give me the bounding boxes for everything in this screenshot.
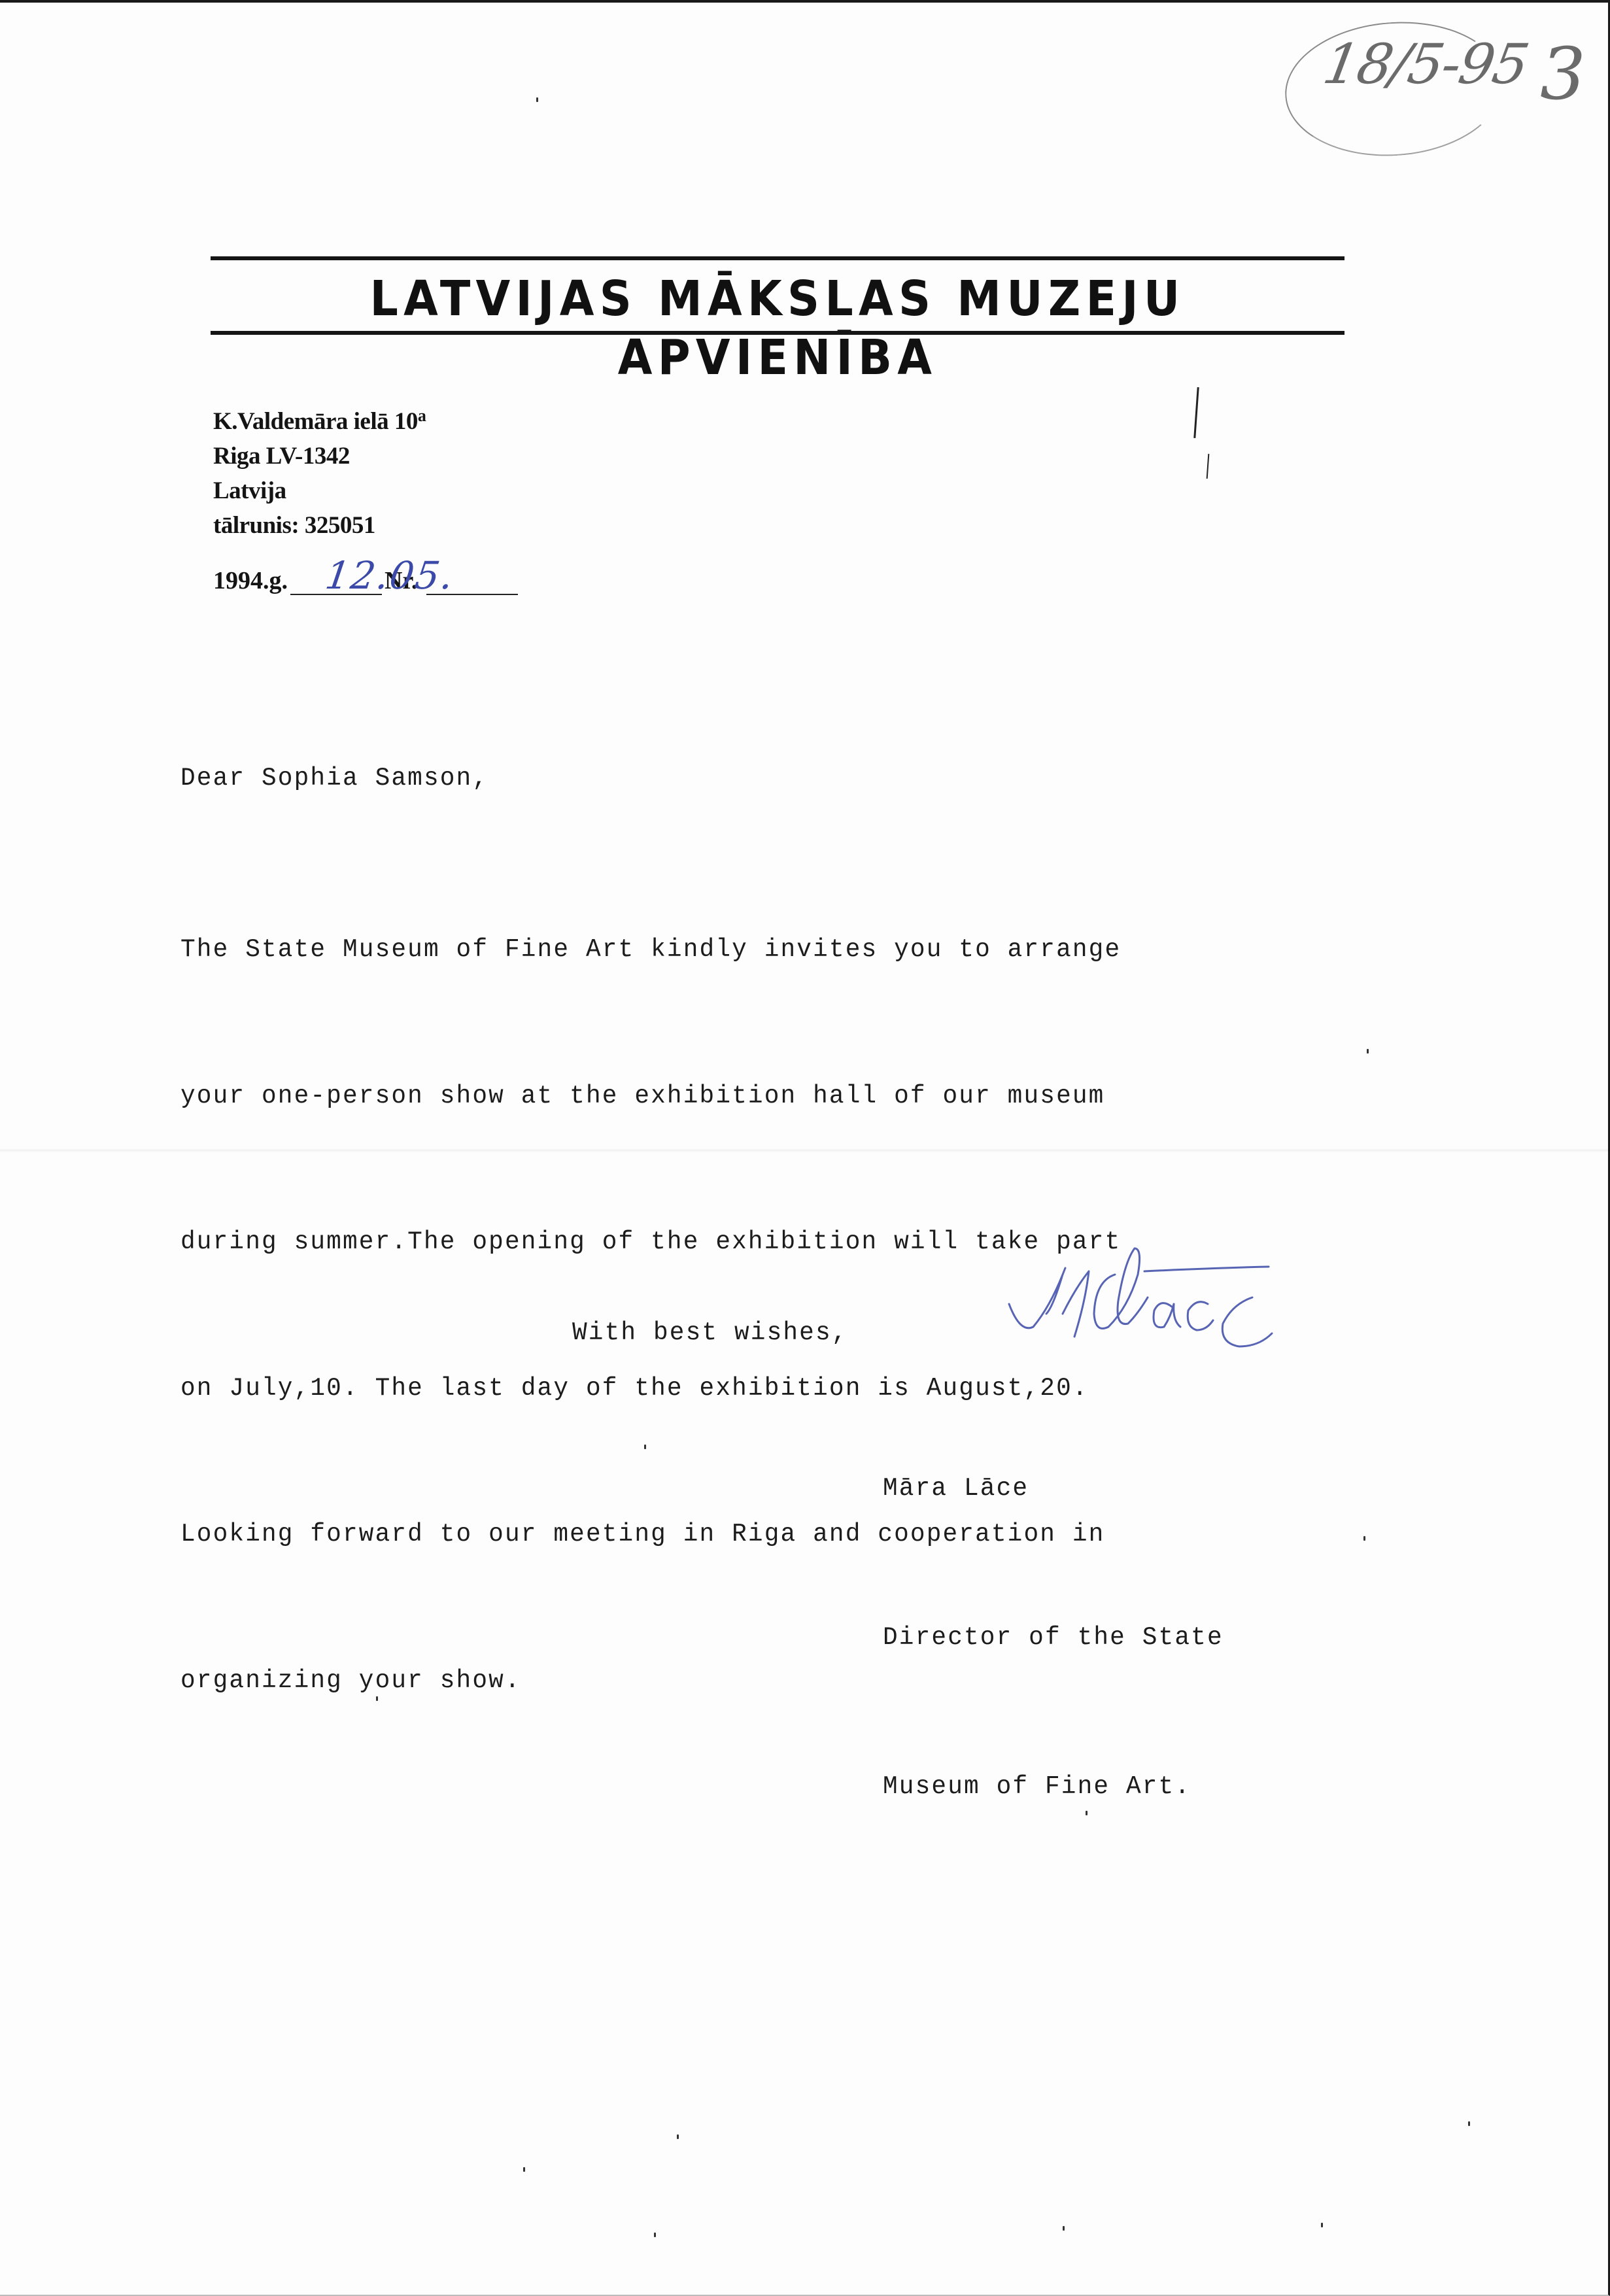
scan-speck [376,1696,378,1701]
address-superscript: a [418,406,426,425]
address-street: K.Valdemāra ielā 10a [213,398,426,439]
closing: With best wishes, [572,1318,848,1347]
scan-speck [654,2233,656,2237]
handwritten-signature [997,1235,1390,1366]
margin-mark [1193,387,1199,438]
letterhead-rule-bottom [211,331,1345,335]
date-prefix: 1994.g. [213,567,288,594]
signatory-block: Māra Lāce Director of the State Museum o… [883,1364,1224,1911]
scan-speck [1367,1049,1369,1054]
organization-name: LATVIJAS MĀKSLAS MUZEJU APVIENĪBA [256,269,1299,328]
address-street-text: K.Valdemāra ielā 10 [213,408,418,435]
archive-annotation: 18/5-95 3 [1278,19,1605,163]
scan-speck [677,2134,679,2139]
salutation: Dear Sophia Samson, [180,764,488,793]
signatory-title: Museum of Fine Art. [883,1762,1224,1811]
signature-drawing [997,1235,1390,1366]
archive-date: 18/5-95 [1318,32,1532,96]
address-city: Riga LV-1342 [213,439,426,473]
scan-speck [536,97,538,102]
signatory-name: Māra Lāce [883,1464,1224,1513]
scan-speck [1063,2226,1065,2231]
archive-page-number: 3 [1540,32,1586,116]
margin-mark [1207,454,1210,479]
handwritten-date: 12.05. [322,553,457,598]
scan-speck [1468,2121,1470,2126]
address-phone: tālrunis: 325051 [213,508,426,543]
signatory-title: Director of the State [883,1613,1224,1662]
body-line: The State Museum of Fine Art kindly invi… [180,925,1121,974]
scan-speck [644,1445,646,1449]
scan-speck [523,2167,525,2172]
address-country: Latvija [213,473,426,508]
address-block: K.Valdemāra ielā 10a Riga LV-1342 Latvij… [213,398,426,543]
scan-speck [1086,1811,1088,1815]
body-line: your one-person show at the exhibition h… [180,1072,1121,1121]
scan-speck [1363,1536,1365,1541]
scan-speck [1321,2223,1323,2227]
letterhead-rule-top [211,256,1345,260]
body-line: during summer.The opening of the exhibit… [180,1218,1121,1267]
letter-page: 18/5-95 3 LATVIJAS MĀKSLAS MUZEJU APVIEN… [0,0,1610,2296]
